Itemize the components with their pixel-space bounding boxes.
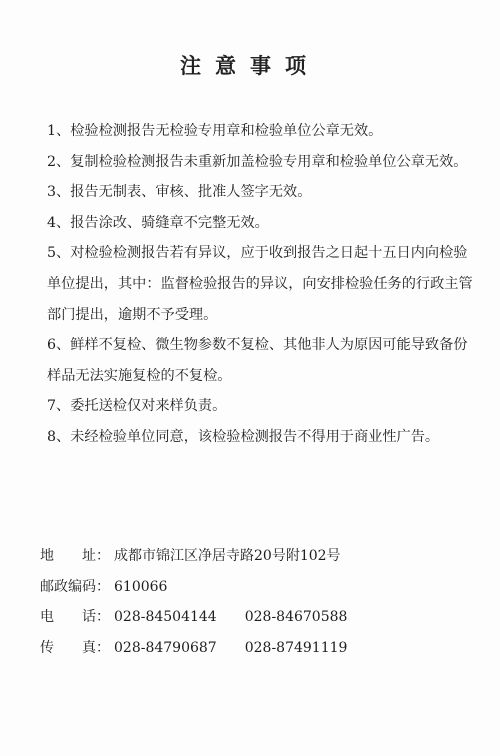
address-value: 成都市锦江区净居寺路20号附102号 bbox=[114, 541, 341, 572]
note-line: 8、未经检验单位同意，该检验检测报告不得用于商业性广告。 bbox=[47, 422, 457, 453]
note-item-6: 6、鲜样不复检、微生物参数不复检、其他非人为原因可能导致备份 样品无法实施复检的… bbox=[47, 330, 457, 391]
note-line: 4、报告涂改、骑缝章不完整无效。 bbox=[47, 208, 457, 239]
phone-value-1: 028-84504144 bbox=[114, 602, 217, 633]
postal-code-row: 邮政编码： 610066 bbox=[40, 572, 347, 603]
note-line: 5、对检验检测报告若有异议，应于收到报告之日起十五日内向检验 bbox=[47, 238, 457, 269]
phone-value-2: 028-84670588 bbox=[245, 602, 348, 633]
note-item-7: 7、委托送检仅对来样负责。 bbox=[47, 391, 457, 422]
address-row: 地 址： 成都市锦江区净居寺路20号附102号 bbox=[40, 541, 347, 572]
note-item-8: 8、未经检验单位同意，该检验检测报告不得用于商业性广告。 bbox=[47, 422, 457, 453]
contact-info: 地 址： 成都市锦江区净居寺路20号附102号 邮政编码： 610066 电 话… bbox=[40, 541, 347, 663]
fax-label: 传 真： bbox=[40, 633, 110, 664]
phone-row: 电 话： 028-84504144 028-84670588 bbox=[40, 602, 347, 633]
document-page: 注意事项 1、检验检测报告无检验专用章和检验单位公章无效。 2、复制检验检测报告… bbox=[0, 0, 500, 756]
note-line: 7、委托送检仅对来样负责。 bbox=[47, 391, 457, 422]
note-line: 2、复制检验检测报告未重新加盖检验专用章和检验单位公章无效。 bbox=[47, 147, 457, 178]
document-title: 注意事项 bbox=[0, 50, 500, 80]
note-item-3: 3、报告无制表、审核、批准人签字无效。 bbox=[47, 177, 457, 208]
fax-value-1: 028-84790687 bbox=[114, 633, 217, 664]
note-line: 6、鲜样不复检、微生物参数不复检、其他非人为原因可能导致备份 bbox=[47, 330, 457, 361]
address-label: 地 址： bbox=[40, 541, 110, 572]
phone-label: 电 话： bbox=[40, 602, 110, 633]
fax-value-2: 028-87491119 bbox=[245, 633, 348, 664]
note-item-5: 5、对检验检测报告若有异议，应于收到报告之日起十五日内向检验 单位提出，其中：监… bbox=[47, 238, 457, 330]
notes-list: 1、检验检测报告无检验专用章和检验单位公章无效。 2、复制检验检测报告未重新加盖… bbox=[47, 116, 457, 453]
note-line: 1、检验检测报告无检验专用章和检验单位公章无效。 bbox=[47, 116, 457, 147]
postal-code-label: 邮政编码： bbox=[40, 572, 110, 603]
note-line: 3、报告无制表、审核、批准人签字无效。 bbox=[47, 177, 457, 208]
note-item-1: 1、检验检测报告无检验专用章和检验单位公章无效。 bbox=[47, 116, 457, 147]
note-line: 样品无法实施复检的不复检。 bbox=[47, 361, 457, 392]
note-item-2: 2、复制检验检测报告未重新加盖检验专用章和检验单位公章无效。 bbox=[47, 147, 457, 178]
note-line: 单位提出，其中：监督检验报告的异议，向安排检验任务的行政主管 bbox=[47, 269, 457, 300]
note-item-4: 4、报告涂改、骑缝章不完整无效。 bbox=[47, 208, 457, 239]
note-line: 部门提出，逾期不予受理。 bbox=[47, 300, 457, 331]
postal-code-value: 610066 bbox=[114, 572, 167, 603]
fax-row: 传 真： 028-84790687 028-87491119 bbox=[40, 633, 347, 664]
